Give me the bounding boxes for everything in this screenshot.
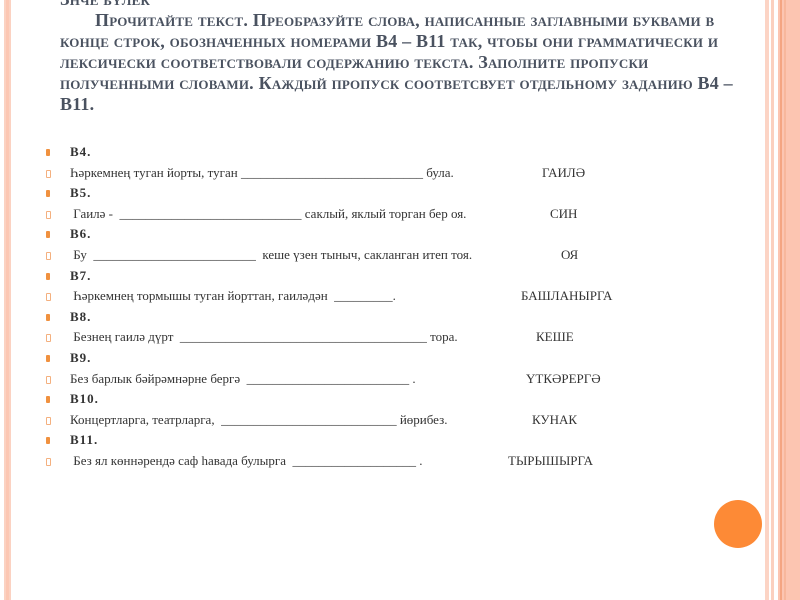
bullet-icon bbox=[46, 437, 50, 444]
task-sentence: Бу _________________________ кеше үзен т… bbox=[70, 247, 472, 262]
source-word: КУНАК bbox=[532, 410, 577, 431]
bullet-icon bbox=[46, 170, 51, 178]
slide-title: Знче бүлек Прочитайте текст. Преобразуйт… bbox=[60, 0, 750, 115]
task-sentence: Һәркемнең туган йорты, туган ___________… bbox=[70, 165, 454, 180]
task-label-item: B4. bbox=[46, 142, 706, 163]
instruction-line: полученными словами. Каждый пропуск соот… bbox=[60, 73, 750, 94]
task-sentence-item: Бу _________________________ кеше үзен т… bbox=[46, 245, 706, 266]
task-label-item: B9. bbox=[46, 348, 706, 369]
task-label: B4. bbox=[70, 144, 91, 159]
task-label-item: B6. bbox=[46, 224, 706, 245]
task-sentence: Без барлык бәйрәмнәрне бергә ___________… bbox=[70, 371, 416, 386]
task-sentence-item: Концертларга, театрларга, ______________… bbox=[46, 410, 706, 431]
task-label: B6. bbox=[70, 226, 91, 241]
bullet-icon bbox=[46, 396, 50, 403]
task-sentence: Гаилә - ____________________________ сак… bbox=[70, 206, 466, 221]
instruction-line: лексически соответствовали содержанию те… bbox=[60, 52, 750, 73]
task-sentence: Концертларга, театрларга, ______________… bbox=[70, 412, 448, 427]
slide-section-heading: Знче бүлек bbox=[60, 0, 750, 10]
task-sentence: Һәркемнең тормышы туган йорттан, гаиләдә… bbox=[70, 288, 396, 303]
task-label-item: B7. bbox=[46, 266, 706, 287]
bullet-icon bbox=[46, 458, 51, 466]
source-word: БАШЛАНЫРГА bbox=[521, 286, 612, 307]
source-word: ҮТКӘРЕРГӘ bbox=[526, 369, 601, 390]
bullet-icon bbox=[46, 211, 51, 219]
task-sentence: Безнең гаилә дүрт ______________________… bbox=[70, 329, 458, 344]
right-decorative-stripe bbox=[771, 0, 774, 600]
task-sentence: Без ял көннәрендә саф һавада булырга ___… bbox=[70, 453, 423, 468]
source-word: ТЫРЫШЫРГА bbox=[508, 451, 593, 472]
task-label: B7. bbox=[70, 268, 91, 283]
source-word: ОЯ bbox=[561, 245, 578, 266]
right-decorative-stripe bbox=[784, 0, 786, 600]
bullet-icon bbox=[46, 355, 50, 362]
task-label-item: B11. bbox=[46, 430, 706, 451]
task-sentence-item: Безнең гаилә дүрт ______________________… bbox=[46, 327, 706, 348]
task-label: B8. bbox=[70, 309, 91, 324]
task-sentence-item: Гаилә - ____________________________ сак… bbox=[46, 204, 706, 225]
task-sentence-item: Без барлык бәйрәмнәрне бергә ___________… bbox=[46, 369, 706, 390]
bullet-icon bbox=[46, 314, 50, 321]
bullet-icon bbox=[46, 273, 50, 280]
bullet-icon bbox=[46, 417, 51, 425]
bullet-icon bbox=[46, 190, 50, 197]
source-word: КЕШЕ bbox=[536, 327, 574, 348]
instruction-line: Прочитайте текст. Преобразуйте слова, на… bbox=[60, 10, 750, 31]
instruction-line: B11. bbox=[60, 94, 750, 115]
task-label: B11. bbox=[70, 432, 98, 447]
task-label: B10. bbox=[70, 391, 99, 406]
bullet-icon bbox=[46, 231, 50, 238]
bullet-icon bbox=[46, 149, 50, 156]
left-decorative-stripe bbox=[4, 0, 11, 600]
source-word: ГАИЛӘ bbox=[542, 163, 585, 184]
bullet-icon bbox=[46, 252, 51, 260]
bullet-icon bbox=[46, 293, 51, 301]
task-sentence-item: Һәркемнең туган йорты, туган ___________… bbox=[46, 163, 706, 184]
task-sentence-item: Һәркемнең тормышы туган йорттан, гаиләдә… bbox=[46, 286, 706, 307]
task-label-item: B10. bbox=[46, 389, 706, 410]
task-label-item: B5. bbox=[46, 183, 706, 204]
right-decorative-stripe bbox=[780, 0, 782, 600]
source-word: СИН bbox=[550, 204, 577, 225]
task-label: B5. bbox=[70, 185, 91, 200]
task-list: B4.Һәркемнең туган йорты, туган ________… bbox=[46, 142, 706, 472]
decorative-circle bbox=[714, 500, 762, 548]
task-label: B9. bbox=[70, 350, 91, 365]
bullet-icon bbox=[46, 334, 51, 342]
instruction-line: конце строк, обозначенных номерами B4 – … bbox=[60, 31, 750, 52]
task-sentence-item: Без ял көннәрендә саф һавада булырга ___… bbox=[46, 451, 706, 472]
task-label-item: B8. bbox=[46, 307, 706, 328]
right-decorative-stripe bbox=[765, 0, 769, 600]
bullet-icon bbox=[46, 376, 51, 384]
